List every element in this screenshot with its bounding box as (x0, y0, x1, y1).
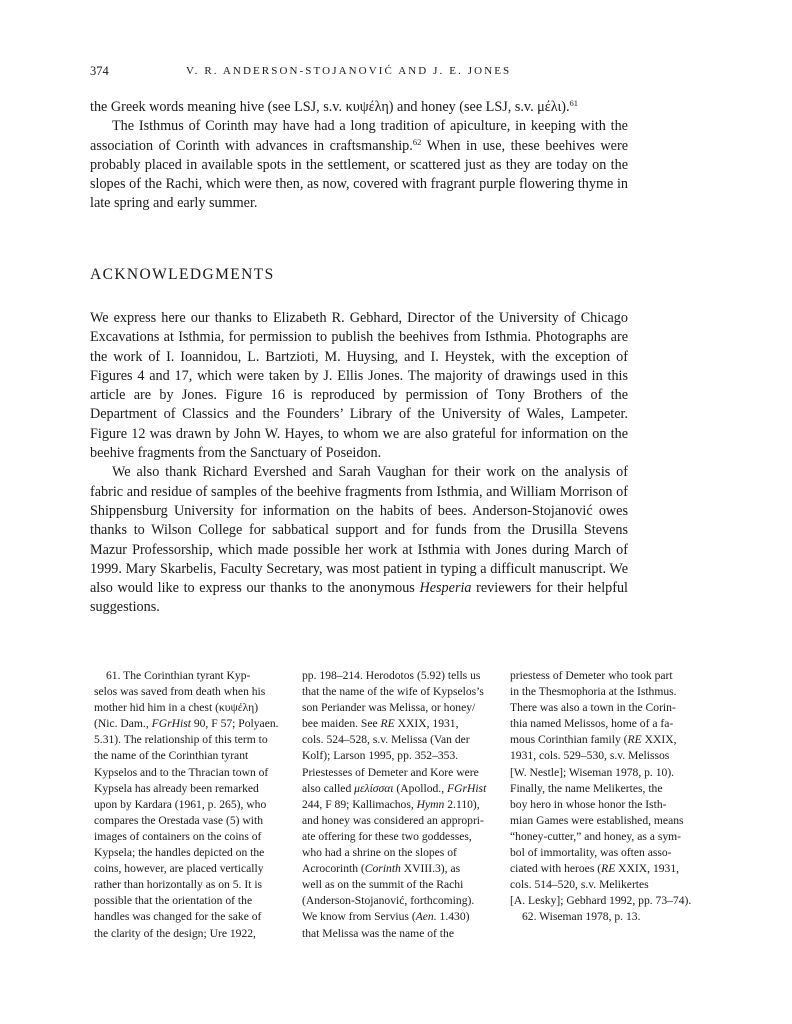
footnote-line: compares the Orestada vase (5) with (94, 813, 276, 829)
body-text-section: the Greek words meaning hive (see LSJ, s… (90, 98, 628, 214)
footnote-line: 61. The Corinthian tyrant Kyp- (94, 668, 276, 684)
footnote-line: the name of the Corinthian tyrant (94, 748, 276, 764)
footnote-line: possible that the orientation of the (94, 893, 276, 909)
footnote-line: (Anderson-Stojanović, forthcoming). (302, 893, 484, 909)
continuation-paragraph: the Greek words meaning hive (see LSJ, s… (90, 98, 628, 117)
footnote-line: pp. 198–214. Herodotos (5.92) tells us (302, 668, 484, 684)
footnote-line: “honey-cutter,” and honey, as a sym- (510, 829, 710, 845)
journal-title: Hesperia (419, 580, 471, 596)
footnote-line: who had a shrine on the slopes of (302, 845, 484, 861)
footnote-line: mian Games were established, means (510, 813, 710, 829)
footnote-line: well as on the summit of the Rachi (302, 877, 484, 893)
footnote-line: Kypsela; the handles depicted on the (94, 845, 276, 861)
footnote-line: selos was saved from death when his (94, 684, 276, 700)
footnote-line: 62. Wiseman 1978, p. 13. (510, 909, 710, 925)
footnote-column-1: 61. The Corinthian tyrant Kyp-selos was … (94, 668, 276, 942)
acknowledgments-paragraph-2: We also thank Richard Evershed and Sarah… (90, 463, 628, 617)
footnote-line: that the name of the wife of Kypselos’s (302, 684, 484, 700)
footnote-line: thia named Melissos, home of a fa- (510, 716, 710, 732)
isthmus-paragraph: The Isthmus of Corinth may have had a lo… (90, 117, 628, 213)
footnote-line: upon by Kardara (1961, p. 265), who (94, 797, 276, 813)
footnote-line: Acrocorinth (Corinth XVIII.3), as (302, 861, 484, 877)
footnote-column-3: priestess of Demeter who took partin the… (510, 668, 710, 926)
footnote-line: bee maiden. See RE XXIX, 1931, (302, 716, 484, 732)
footnote-line: Finally, the name Melikertes, the (510, 781, 710, 797)
acknowledgments-paragraph-1: We express here our thanks to Elizabeth … (90, 309, 628, 463)
footnote-line: 244, F 89; Kallimachos, Hymn 2.110), (302, 797, 484, 813)
footnote-line: 1931, cols. 529–530, s.v. Melissos (510, 748, 710, 764)
footnote-line: ate offering for these two goddesses, (302, 829, 484, 845)
footnote-line: and honey was considered an appropri- (302, 813, 484, 829)
footnote-line: Kypselos and to the Thracian town of (94, 765, 276, 781)
footnote-line: images of containers on the coins of (94, 829, 276, 845)
footnote-line: [A. Lesky]; Gebhard 1992, pp. 73–74). (510, 893, 710, 909)
footnote-line: Kolf); Larson 1995, pp. 352–353. (302, 748, 484, 764)
footnote-line: There was also a town in the Corin- (510, 700, 710, 716)
footnote-line: rather than horizontally as on 5. It is (94, 877, 276, 893)
footnote-line: 5.31). The relationship of this term to (94, 732, 276, 748)
footnote-column-2: pp. 198–214. Herodotos (5.92) tells usth… (302, 668, 484, 942)
footnote-line: the clarity of the design; Ure 1922, (94, 926, 276, 942)
footnote-line: Kypsela has already been remarked (94, 781, 276, 797)
footnote-line: mous Corinthian family (RE XXIX, (510, 732, 710, 748)
footnote-line: priestess of Demeter who took part (510, 668, 710, 684)
footnote-line: cols. 524–528, s.v. Melissa (Van der (302, 732, 484, 748)
footnote-line: Priestesses of Demeter and Kore were (302, 765, 484, 781)
footnote-ref-61[interactable]: 61 (570, 98, 579, 108)
footnote-line: ciated with heroes (RE XXIX, 1931, (510, 861, 710, 877)
acknowledgments-heading: ACKNOWLEDGMENTS (90, 266, 275, 284)
footnote-line: bol of immortality, was often asso- (510, 845, 710, 861)
footnote-line: in the Thesmophoria at the Isthmus. (510, 684, 710, 700)
acknowledgments-section: We express here our thanks to Elizabeth … (90, 309, 628, 618)
footnote-line: handles was changed for the sake of (94, 909, 276, 925)
footnote-line: cols. 514–520, s.v. Melikertes (510, 877, 710, 893)
footnote-line: son Periander was Melissa, or honey/ (302, 700, 484, 716)
footnote-line: mother hid him in a chest (κυψέλη) (94, 700, 276, 716)
running-head: 374 V. R. ANDERSON-STOJANOVIĆ AND J. E. … (90, 64, 628, 82)
footnote-line: that Melissa was the name of the (302, 926, 484, 942)
footnote-line: coins, however, are placed vertically (94, 861, 276, 877)
footnote-line: We know from Servius (Aen. 1.430) (302, 909, 484, 925)
footnote-line: boy hero in whose honor the Isth- (510, 797, 710, 813)
page-number: 374 (90, 64, 109, 79)
footnote-line: (Nic. Dam., FGrHist 90, F 57; Polyaen. (94, 716, 276, 732)
footnote-line: [W. Nestle]; Wiseman 1978, p. 10). (510, 765, 710, 781)
running-head-authors: V. R. ANDERSON-STOJANOVIĆ AND J. E. JONE… (186, 65, 511, 77)
footnote-line: also called μελίσσαι (Apollod., FGrHist (302, 781, 484, 797)
